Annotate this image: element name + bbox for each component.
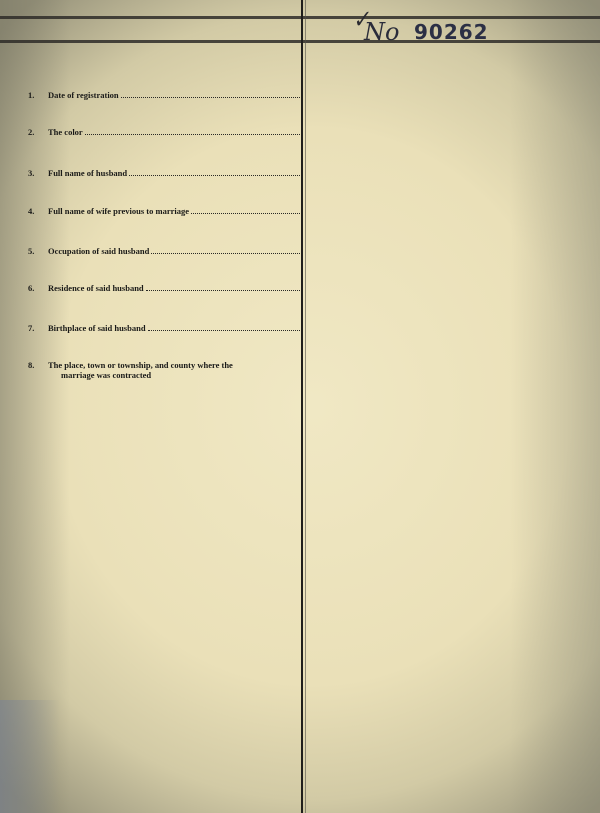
column-divider: [301, 0, 303, 813]
field-label: 4.Full name of wife previous to marriage: [28, 206, 300, 216]
vignette-shadow: [0, 700, 60, 813]
field-label: 5.Occupation of said husband: [28, 246, 300, 256]
leader-dots: [148, 329, 300, 331]
field-label-text: Occupation of said husband: [48, 246, 149, 256]
leader-dots: [151, 252, 300, 254]
leader-dots: [85, 133, 300, 135]
field-number: 7.: [28, 323, 48, 333]
field-number: 1.: [28, 90, 48, 100]
leader-dots: [191, 212, 300, 214]
field-number: 4.: [28, 206, 48, 216]
leader-dots: [146, 289, 300, 291]
field-label: 1.Date of registration: [28, 90, 300, 100]
leader-dots: [129, 174, 300, 176]
field-label: 3.Full name of husband: [28, 168, 300, 178]
vignette-shadow: [0, 0, 70, 813]
field-number: 6.: [28, 283, 48, 293]
field-label: 6.Residence of said husband: [28, 283, 300, 293]
field-number: 5.: [28, 246, 48, 256]
field-number: 3.: [28, 168, 48, 178]
field-label: 2.The color: [28, 127, 300, 137]
field-label-text: marriage was contracted: [61, 370, 151, 380]
field-label-text: Full name of husband: [48, 168, 127, 178]
column-divider: [305, 0, 306, 813]
vignette-shadow: [510, 0, 600, 813]
field-label: 8.The place, town or township, and count…: [28, 360, 233, 380]
leader-dots: [121, 96, 300, 98]
field-label-text: Residence of said husband: [48, 283, 144, 293]
field-label-text: The color: [48, 127, 83, 137]
field-label: 7.Birthplace of said husband: [28, 323, 300, 333]
field-number: 8.: [28, 360, 48, 370]
field-label-text: Birthplace of said husband: [48, 323, 146, 333]
field-label-text: Full name of wife previous to marriage: [48, 206, 189, 216]
record-number-label: No: [364, 18, 399, 46]
field-label-text: Date of registration: [48, 90, 119, 100]
field-label-text: The place, town or township, and county …: [48, 360, 233, 370]
field-number: 2.: [28, 127, 48, 137]
record-number: ✓ No 90262: [352, 8, 552, 48]
record-number-value: 90262: [414, 20, 489, 44]
